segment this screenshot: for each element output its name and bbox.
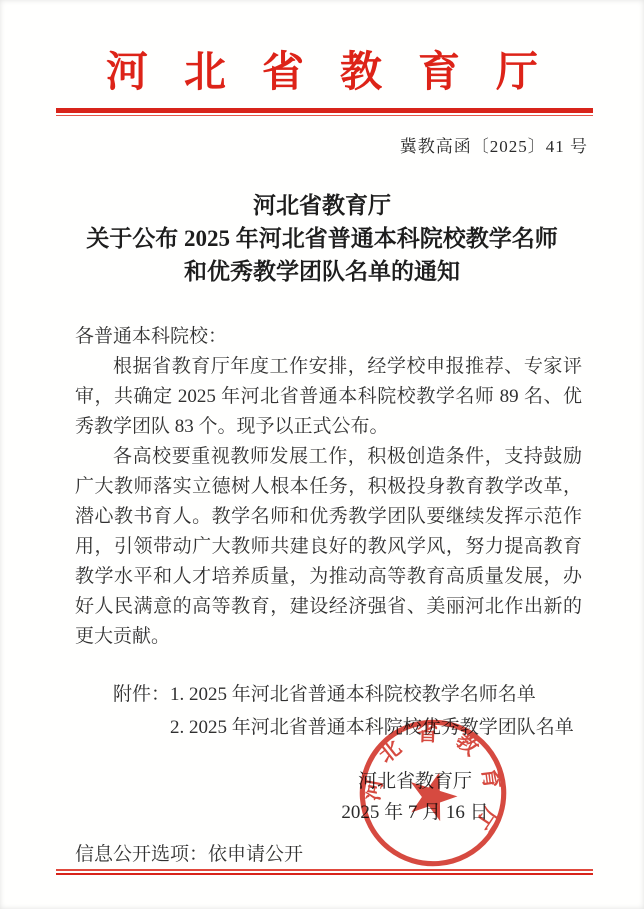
letterhead-rule	[56, 108, 593, 116]
notice-title-line3: 和优秀教学团队名单的通知	[40, 255, 604, 288]
document-page: 河北省教育厅 冀教高函〔2025〕41 号 河北省教育厅 关于公布 2025 年…	[0, 0, 644, 909]
document-number: 冀教高函〔2025〕41 号	[0, 132, 588, 157]
attachment-item-1: 附件：1. 2025 年河北省普通本科院校教学名师名单	[113, 678, 604, 711]
attachments-block: 附件：1. 2025 年河北省普通本科院校教学名师名单 2. 2025 年河北省…	[113, 678, 604, 744]
salutation: 各普通本科院校：	[75, 322, 582, 352]
star-icon	[402, 765, 462, 824]
attachment-item-1-text: 1. 2025 年河北省普通本科院校教学名师名单	[170, 684, 536, 705]
notice-body: 各普通本科院校： 根据省教育厅年度工作安排，经学校申报推荐、专家评审，共确定 2…	[75, 322, 582, 652]
letterhead: 河北省教育厅 冀教高函〔2025〕41 号	[0, 48, 644, 157]
footer-rule-thick	[56, 873, 593, 876]
notice-title-line2: 关于公布 2025 年河北省普通本科院校教学名师	[40, 222, 604, 255]
notice-title: 河北省教育厅 关于公布 2025 年河北省普通本科院校教学名师 和优秀教学团队名…	[40, 189, 604, 288]
footer-rule	[56, 869, 593, 875]
document-main: 河北省教育厅 关于公布 2025 年河北省普通本科院校教学名师 和优秀教学团队名…	[0, 189, 644, 875]
body-paragraph-1: 根据省教育厅年度工作安排，经学校申报推荐、专家评审，共确定 2025 年河北省普…	[75, 352, 582, 442]
notice-title-line1: 河北省教育厅	[40, 189, 604, 222]
attachments-label: 附件：	[113, 684, 170, 705]
letterhead-rule-thin	[56, 115, 593, 117]
agency-title: 河北省教育厅	[0, 48, 644, 98]
body-paragraph-2: 各高校要重视教师发展工作，积极创造条件，支持鼓励广大教师落实立德树人根本任务，积…	[75, 442, 582, 652]
